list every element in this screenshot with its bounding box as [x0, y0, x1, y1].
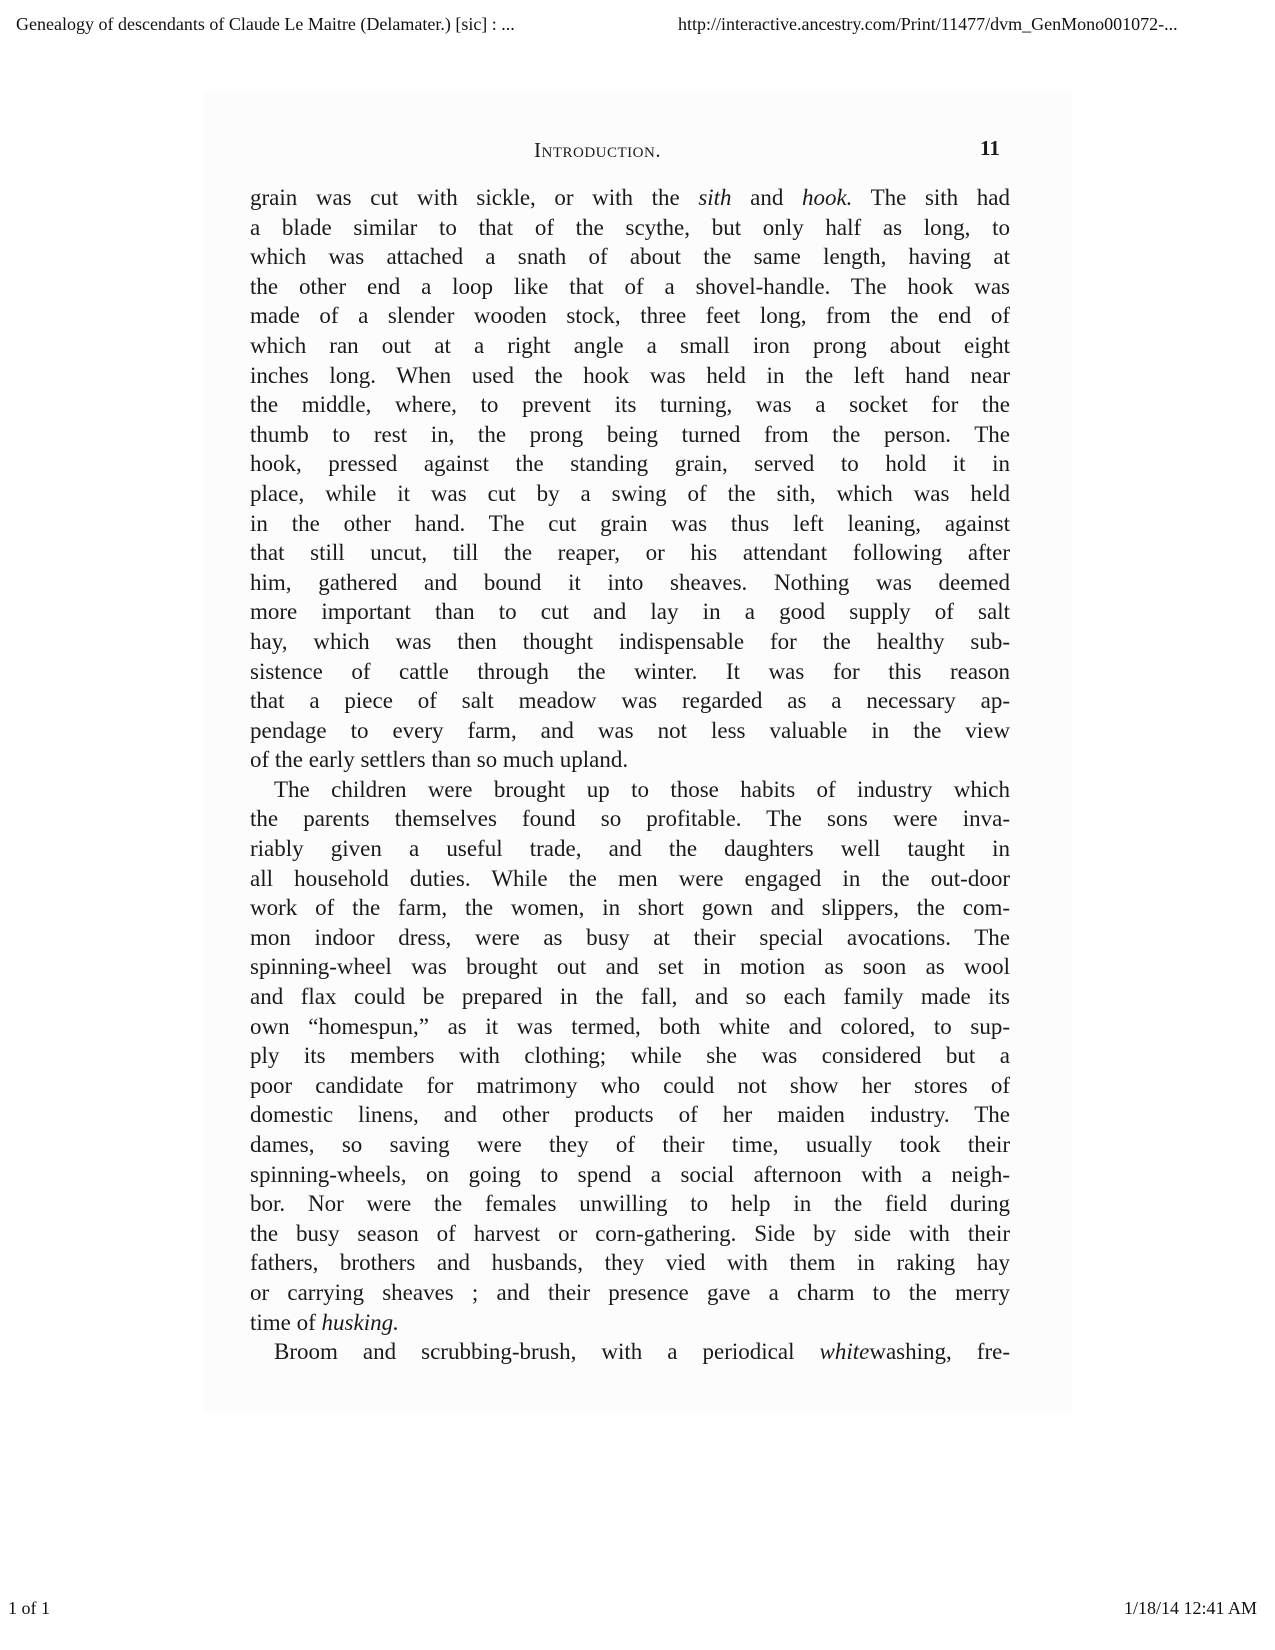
- text-segment: all household duties. While the men were…: [250, 866, 1010, 891]
- text-line: fathers, brothers and husbands, they vie…: [250, 1248, 1010, 1278]
- running-head: Introduction.: [534, 138, 661, 163]
- text-segment: the middle, where, to prevent its turnin…: [250, 392, 1010, 417]
- text-segment: bor. Nor were the females unwilling to h…: [250, 1191, 1010, 1216]
- text-line: grain was cut with sickle, or with the s…: [250, 183, 1010, 213]
- text-segment: hay, which was then thought indispensabl…: [250, 629, 1010, 654]
- text-segment: in the other hand. The cut grain was thu…: [250, 511, 1010, 536]
- text-line: Broom and scrubbing-brush, with a period…: [250, 1337, 1010, 1367]
- page-number: 11: [980, 136, 1000, 161]
- text-segment: grain was cut with sickle, or with the: [250, 185, 698, 210]
- text-segment: of the early settlers than so much uplan…: [250, 747, 628, 772]
- text-segment: hook, pressed against the standing grain…: [250, 451, 1010, 476]
- text-segment: more important than to cut and lay in a …: [250, 599, 1010, 624]
- text-segment: own “homespun,” as it was termed, both w…: [250, 1014, 1010, 1039]
- text-segment: washing, fre-: [869, 1339, 1010, 1364]
- text-line: domestic linens, and other products of h…: [250, 1100, 1010, 1130]
- text-segment: which was attached a snath of about the …: [250, 244, 1010, 269]
- text-segment: ply its members with clothing; while she…: [250, 1043, 1010, 1068]
- text-line: riably given a useful trade, and the dau…: [250, 834, 1010, 864]
- text-segment: thumb to rest in, the prong being turned…: [250, 422, 1010, 447]
- text-segment: pendage to every farm, and was not less …: [250, 718, 1010, 743]
- text-segment: which ran out at a right angle a small i…: [250, 333, 1010, 358]
- text-segment: the busy season of harvest or corn-gathe…: [250, 1221, 1010, 1246]
- text-segment: spinning-wheels, on going to spend a soc…: [250, 1162, 1010, 1187]
- text-segment: and: [732, 185, 802, 210]
- italic-term: white: [820, 1339, 870, 1364]
- text-segment: domestic linens, and other products of h…: [250, 1102, 1010, 1127]
- text-line: the other end a loop like that of a shov…: [250, 272, 1010, 302]
- text-segment: riably given a useful trade, and the dau…: [250, 836, 1010, 861]
- text-line: The children were brought up to those ha…: [250, 775, 1010, 805]
- print-footer-timestamp: 1/18/14 12:41 AM: [1124, 1598, 1257, 1619]
- text-segment: a blade similar to that of the scythe, b…: [250, 215, 1010, 240]
- text-line: place, while it was cut by a swing of th…: [250, 479, 1010, 509]
- text-segment: that a piece of salt meadow was regarded…: [250, 688, 1010, 713]
- text-line: hook, pressed against the standing grain…: [250, 449, 1010, 479]
- text-segment: spinning-wheel was brought out and set i…: [250, 954, 1010, 979]
- text-line: which was attached a snath of about the …: [250, 242, 1010, 272]
- text-segment: or carrying sheaves ; and their presence…: [250, 1280, 1010, 1305]
- body-text: grain was cut with sickle, or with the s…: [250, 183, 1010, 1367]
- text-segment: him, gathered and bound it into sheaves.…: [250, 570, 1010, 595]
- text-segment: the other end a loop like that of a shov…: [250, 274, 1010, 299]
- text-segment: work of the farm, the women, in short go…: [250, 895, 1010, 920]
- text-line: the middle, where, to prevent its turnin…: [250, 390, 1010, 420]
- text-line: that a piece of salt meadow was regarded…: [250, 686, 1010, 716]
- text-line: that still uncut, till the reaper, or hi…: [250, 538, 1010, 568]
- text-segment: dames, so saving were they of their time…: [250, 1132, 1010, 1157]
- text-line: spinning-wheel was brought out and set i…: [250, 952, 1010, 982]
- text-segment: place, while it was cut by a swing of th…: [250, 481, 1010, 506]
- text-segment: that still uncut, till the reaper, or hi…: [250, 540, 1010, 565]
- text-line: more important than to cut and lay in a …: [250, 597, 1010, 627]
- text-line: mon indoor dress, were as busy at their …: [250, 923, 1010, 953]
- text-segment: time of: [250, 1310, 322, 1335]
- text-segment: The children were brought up to those ha…: [274, 777, 1010, 802]
- text-line: in the other hand. The cut grain was thu…: [250, 509, 1010, 539]
- text-line: ply its members with clothing; while she…: [250, 1041, 1010, 1071]
- print-footer-page-count: 1 of 1: [8, 1598, 50, 1619]
- text-line: work of the farm, the women, in short go…: [250, 893, 1010, 923]
- text-segment: the parents themselves found so profitab…: [250, 806, 1010, 831]
- text-line: hay, which was then thought indispensabl…: [250, 627, 1010, 657]
- text-segment: fathers, brothers and husbands, they vie…: [250, 1250, 1010, 1275]
- text-line: time of husking.: [250, 1308, 1010, 1338]
- text-line: him, gathered and bound it into sheaves.…: [250, 568, 1010, 598]
- italic-term: husking.: [322, 1310, 399, 1335]
- text-segment: sistence of cattle through the winter. I…: [250, 659, 1010, 684]
- text-segment: The sith had: [852, 185, 1010, 210]
- text-line: poor candidate for matrimony who could n…: [250, 1071, 1010, 1101]
- print-header-url: http://interactive.ancestry.com/Print/11…: [678, 14, 1178, 35]
- text-segment: poor candidate for matrimony who could n…: [250, 1073, 1010, 1098]
- text-line: sistence of cattle through the winter. I…: [250, 657, 1010, 687]
- text-line: own “homespun,” as it was termed, both w…: [250, 1012, 1010, 1042]
- text-line: the busy season of harvest or corn-gathe…: [250, 1219, 1010, 1249]
- text-line: or carrying sheaves ; and their presence…: [250, 1278, 1010, 1308]
- text-line: pendage to every farm, and was not less …: [250, 716, 1010, 746]
- text-line: inches long. When used the hook was held…: [250, 361, 1010, 391]
- text-segment: and flax could be prepared in the fall, …: [250, 984, 1010, 1009]
- text-segment: inches long. When used the hook was held…: [250, 363, 1010, 388]
- text-line: spinning-wheels, on going to spend a soc…: [250, 1160, 1010, 1190]
- text-segment: Broom and scrubbing-brush, with a period…: [274, 1339, 820, 1364]
- text-line: made of a slender wooden stock, three fe…: [250, 301, 1010, 331]
- text-line: bor. Nor were the females unwilling to h…: [250, 1189, 1010, 1219]
- text-line: a blade similar to that of the scythe, b…: [250, 213, 1010, 243]
- text-line: of the early settlers than so much uplan…: [250, 745, 1010, 775]
- text-line: all household duties. While the men were…: [250, 864, 1010, 894]
- text-segment: mon indoor dress, were as busy at their …: [250, 925, 1010, 950]
- text-line: the parents themselves found so profitab…: [250, 804, 1010, 834]
- text-line: thumb to rest in, the prong being turned…: [250, 420, 1010, 450]
- text-segment: made of a slender wooden stock, three fe…: [250, 303, 1010, 328]
- text-line: which ran out at a right angle a small i…: [250, 331, 1010, 361]
- text-line: and flax could be prepared in the fall, …: [250, 982, 1010, 1012]
- text-line: dames, so saving were they of their time…: [250, 1130, 1010, 1160]
- italic-term: hook.: [802, 185, 852, 210]
- print-header-title: Genealogy of descendants of Claude Le Ma…: [16, 14, 515, 35]
- italic-term: sith: [698, 185, 731, 210]
